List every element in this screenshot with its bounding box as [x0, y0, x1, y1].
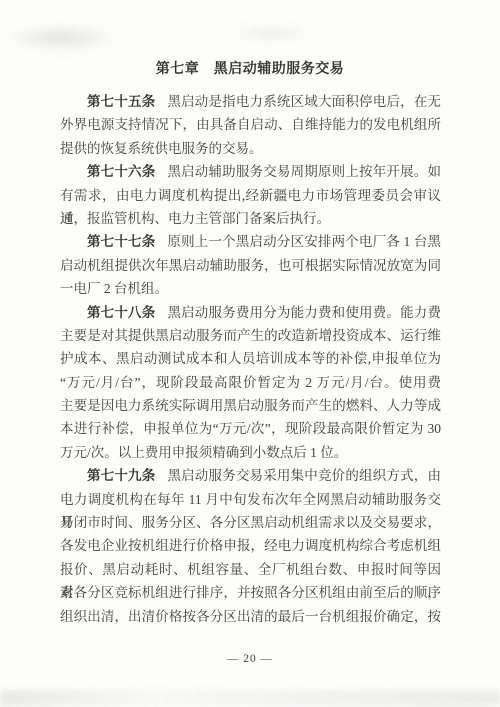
text-line: 开闭市时间、服务分区、各分区黑启动机组需求以及交易要求，	[60, 511, 441, 534]
article-number: 第七十九条	[87, 468, 155, 483]
article-text: 黑启动服务费用分为能力费和使用费。能力费	[167, 305, 441, 320]
document-content: 第七章 黑启动辅助服务交易 第七十五条黑启动是指电力系统区域大面积停电后，在无外…	[0, 0, 500, 707]
text-line: 主要是对其提供黑启动服务而产生的改造新增投资成本、运行维	[60, 324, 441, 347]
page-number: — 20 —	[0, 649, 500, 669]
text-line: 外界电源支持情况下，由具备自启动、自维持能力的发电机组所	[60, 113, 441, 136]
text-line: 提供的恢复系统供电服务的交易。	[60, 137, 441, 160]
article-number: 第七十五条	[87, 94, 155, 109]
article-text: 原则上一个黑启动分区安排两个电厂各 1 台黑	[167, 234, 441, 249]
text-line: “万元/月/台”，现阶段最高限价暂定为 2 万元/月/台。使用费	[60, 371, 441, 394]
text-line: 第七十八条黑启动服务费用分为能力费和使用费。能力费	[60, 301, 441, 324]
text-line: 过，报监管机构、电力主管部门备案后执行。	[60, 207, 441, 230]
text-line: 启动机组提供次年黑启动辅助服务，也可根据实际情况放宽为同	[60, 254, 441, 277]
text-line: 第七十七条原则上一个黑启动分区安排两个电厂各 1 台黑	[60, 230, 441, 253]
text-line: 万元/次。以上费用申报须精确到小数点后 1 位。	[60, 441, 441, 464]
article-text: 黑启动辅助服务交易周期原则上按年开展。如	[167, 164, 441, 179]
text-line: 对各分区竞标机组进行排序，并按照各分区机组由前至后的顺序	[60, 581, 441, 604]
text-line: 第七十九条黑启动服务交易采用集中竞价的组织方式，由	[60, 464, 441, 487]
article-text: 黑启动是指电力系统区域大面积停电后，在无	[167, 94, 441, 109]
text-line: 第七十五条黑启动是指电力系统区域大面积停电后，在无	[60, 90, 441, 113]
article-number: 第七十七条	[87, 234, 155, 249]
article-number: 第七十六条	[87, 164, 155, 179]
text-line: 各发电企业按机组进行价格申报，经电力调度机构综合考虑机组	[60, 534, 441, 557]
document-body: 第七十五条黑启动是指电力系统区域大面积停电后，在无外界电源支持情况下，由具备自启…	[60, 90, 441, 628]
text-line: 报价、黑启动耗时、机组容量、全厂机组台数、申报时间等因素，	[60, 558, 441, 581]
text-line: 组织出清，出清价格按各分区出清的最后一台机组报价确定，按	[60, 605, 441, 628]
text-line: 第七十六条黑启动辅助服务交易周期原则上按年开展。如	[60, 160, 441, 183]
text-line: 本进行补偿，申报单位为“万元/次”，现阶段最高限价暂定为 30	[60, 417, 441, 440]
article-number: 第七十八条	[87, 305, 155, 320]
text-line: 电力调度机构在每年 11 月中旬发布次年全网黑启动辅助服务交易	[60, 488, 441, 511]
text-line: 有需求，由电力调度机构提出,经新疆电力市场管理委员会审议通	[60, 184, 441, 207]
scanned-document-page: 第七章 黑启动辅助服务交易 第七十五条黑启动是指电力系统区域大面积停电后，在无外…	[0, 0, 500, 707]
article-text: 黑启动服务交易采用集中竞价的组织方式，由	[167, 468, 441, 483]
chapter-title: 第七章 黑启动辅助服务交易	[0, 57, 500, 83]
text-line: 护成本、黑启动测试成本和人员培训成本等的补偿,申报单位为	[60, 347, 441, 370]
text-line: 一电厂 2 台机组。	[60, 277, 441, 300]
text-line: 主要是因电力系统实际调用黑启动服务而产生的燃料、人力等成	[60, 394, 441, 417]
